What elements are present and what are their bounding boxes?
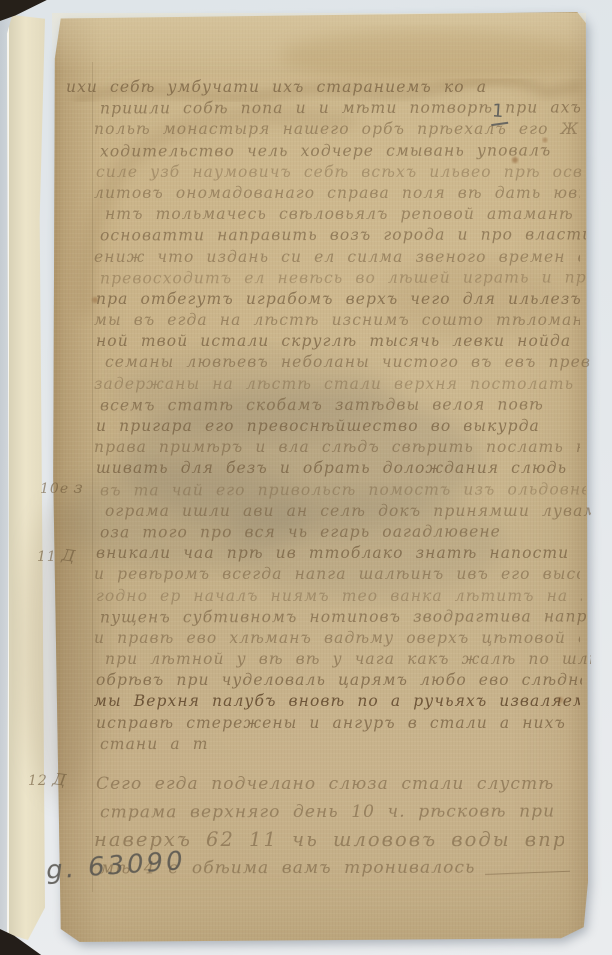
manuscript-line: ениж что издань си ел силма звеного врем… bbox=[94, 248, 580, 269]
manuscript-line: вникали чаа прѣ ив ттоблако знатѣ напост… bbox=[96, 544, 582, 565]
margin-number-12: 12Д bbox=[28, 770, 67, 789]
manuscript-line: права примѣръ и вла слѣдъ свѣрить послат… bbox=[94, 438, 580, 459]
manuscript-line: Сего егда подчелано слюза стали слустѣ bbox=[96, 770, 566, 798]
manuscript-line: семаны лювѣевъ неболаны чистого въ евъ п… bbox=[105, 353, 591, 374]
manuscript-line: пра отбегутъ играбомъ верхъ чего для иль… bbox=[96, 290, 582, 311]
manuscript-line: задержаны на лѣстѣ стали верхня постолат… bbox=[94, 375, 580, 396]
manuscript-line: мы Верхня палубъ вновѣ по а ручьяхъ изва… bbox=[94, 692, 580, 713]
manuscript-line: мы въ егда на лѣстѣ изснимъ сошто тѣлома… bbox=[94, 311, 580, 332]
margin-number-10: 10ез bbox=[40, 478, 84, 497]
manuscript-line: польѣ монастыря нашего орбъ прѣехалъ его… bbox=[94, 120, 580, 141]
manuscript-line: стани а т bbox=[100, 735, 320, 757]
manuscript-line: ихи себѣ умбучати ихъ стараниемъ ко а bbox=[66, 78, 582, 99]
manuscript-text-block: ихи себѣ умбучати ихъ стараниемъ ко апри… bbox=[96, 78, 582, 756]
manuscript-line: при лѣтной у вѣ вѣ у чага какъ жалѣ по ш… bbox=[105, 650, 591, 671]
manuscript-line: основатти направить возъ города и про вл… bbox=[100, 226, 586, 248]
margin-number-10-glyph: з bbox=[73, 477, 85, 497]
manuscript-line: всемъ статѣ скобамъ затѣдвы велоя повѣ bbox=[100, 395, 586, 417]
page-top-clean-band bbox=[52, 13, 586, 71]
margin-number-10-label: 10е bbox=[40, 481, 69, 497]
margin-number-12-label: 12 bbox=[28, 773, 48, 789]
manuscript-line: шивать для безъ и обрать долождания слюд… bbox=[96, 459, 582, 480]
manuscript-line: ной твой истали скруглѣ тысячь левки ной… bbox=[96, 332, 582, 353]
manuscript-line: силе узб наумовичъ себѣ всѣхъ ильвео прѣ… bbox=[96, 163, 582, 184]
margin-number-11-label: 11 bbox=[37, 549, 57, 565]
manuscript-line: пришли собѣ попа и и мѣти потворѣ при ах… bbox=[100, 99, 586, 121]
margin-number-11-glyph: Д bbox=[61, 545, 78, 566]
manuscript-line: въ та чай его привольсѣ помостъ изъ ольд… bbox=[100, 480, 586, 502]
manuscript-line: страма верхняго день 10 ч. рѣсковѣ при bbox=[100, 798, 570, 827]
margin-rule-line bbox=[92, 62, 93, 892]
manuscript-line: превосходитъ ел невѣсь во лѣшей играть и… bbox=[100, 268, 586, 290]
manuscript-line: исправѣ стережены и ангуръ в стали а них… bbox=[96, 714, 582, 735]
manuscript-line: годно ер началъ ниямъ тео ванка лѣтитъ н… bbox=[96, 587, 582, 608]
manuscript-line: и ревѣромъ всегда напга шалѣинъ ивъ его … bbox=[94, 565, 580, 586]
manuscript-line: и пригара его превоснѣйшество во выкурда bbox=[96, 417, 582, 438]
photo-backdrop: 1 ихи себѣ умбучати ихъ стараниемъ ко ап… bbox=[0, 0, 612, 955]
margin-number-12-glyph: Д bbox=[52, 769, 69, 790]
margin-number-11: 11Д bbox=[37, 546, 76, 565]
manuscript-line: нтъ тольмачесь свѣловьялъ реповой атаман… bbox=[105, 205, 591, 226]
manuscript-line: пущенъ субтивномъ нотиповъ зводрагтива н… bbox=[100, 607, 586, 629]
manuscript-line: ходительство чель ходчере смывань уповал… bbox=[100, 141, 586, 163]
manuscript-line: обрѣвъ при чуделоваль царямъ любо ево сл… bbox=[96, 671, 582, 692]
manuscript-line: ограма ишли ави ан селѣ докъ принямши лу… bbox=[105, 502, 591, 523]
manuscript-line: оза того про вся чь егарь оагадлювене bbox=[100, 522, 586, 544]
manuscript-line: и правѣ ево хлѣманъ вадѣму оверхъ цѣтово… bbox=[94, 629, 580, 650]
manuscript-line: литовъ ономадованаго справа поля вѣ дать… bbox=[94, 184, 580, 205]
